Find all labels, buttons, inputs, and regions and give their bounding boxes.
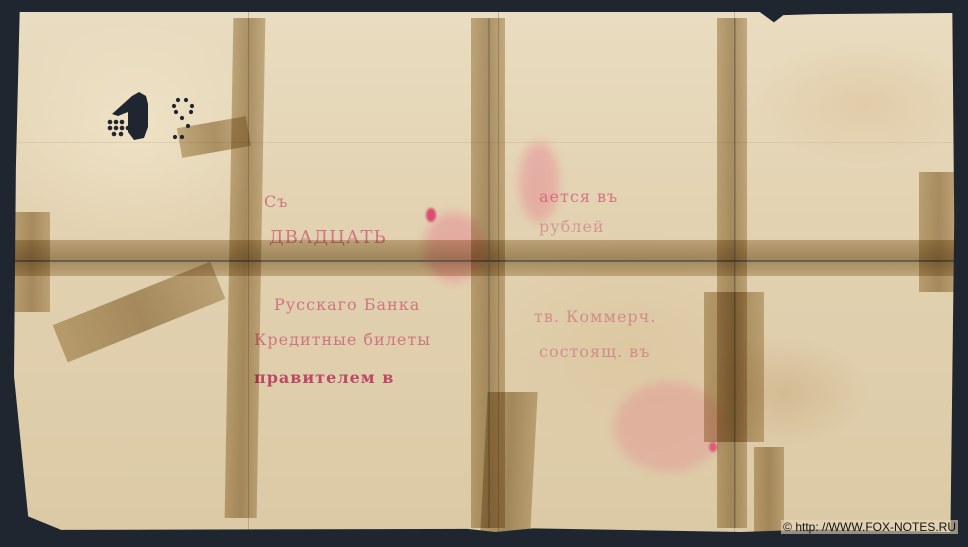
ink-blot (709, 442, 717, 452)
tape-patch (754, 447, 784, 532)
watermark-credit: © http: //WWW.FOX-NOTES.RU (781, 520, 958, 534)
ink-smear (519, 142, 559, 222)
tape-crease (734, 18, 736, 528)
tape-strip-vertical (717, 18, 747, 528)
tape-patch (14, 212, 50, 312)
tape-patch (704, 292, 764, 442)
stamp-line-3-right: тв. Коммерч. (534, 307, 656, 326)
stamp-line-1-left: Съ (264, 192, 288, 211)
tape-patch (480, 392, 537, 532)
tape-patch (919, 172, 958, 292)
stamp-line-4-left: Кредитные билеты (254, 330, 431, 349)
perforation-pattern (94, 82, 204, 152)
tape-patch (53, 262, 226, 363)
stamp-line-5-left: правителем в (254, 368, 394, 387)
banknote: Съ ается въ ДВАДЦАТЬ рублей Русскаго Бан… (14, 12, 958, 532)
stamp-line-2-right: рублей (539, 217, 605, 236)
stamp-line-4-right: состоящ. въ (539, 342, 650, 361)
tape-strip-vertical (225, 18, 266, 518)
stamp-line-3-left: Русскаго Банка (274, 295, 420, 314)
